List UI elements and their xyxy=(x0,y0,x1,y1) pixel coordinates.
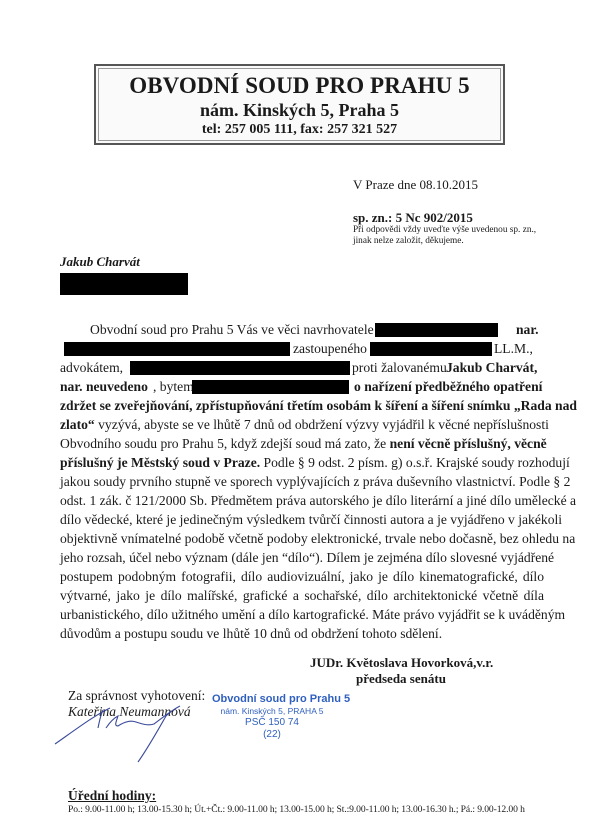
body-text-bold: zlato“ xyxy=(60,417,95,432)
body-line: příslušný je Městský soud v Praze. Podle… xyxy=(60,453,544,473)
redacted-recipient-address xyxy=(60,273,188,295)
handwritten-signature-icon xyxy=(40,700,200,780)
body-text: výtvarné, jako je dílo malířské, grafick… xyxy=(60,586,544,606)
body-text: objektivně vnímatelné podobě včetně podo… xyxy=(60,529,544,549)
redacted-claimant-name xyxy=(375,323,498,337)
body-line: dílo vědecké, které je jedinečným výsled… xyxy=(60,510,544,530)
office-hours-text: Po.: 9.00-11.00 h; 13.00-15.30 h; Út.+Čt… xyxy=(68,804,525,815)
redacted-claimant-details xyxy=(64,342,290,356)
body-line: odst. 1 zák. č 121/2000 Sb. Předmětem pr… xyxy=(60,491,544,511)
judge-name: JUDr. Květoslava Hovorková,v.r. xyxy=(310,655,493,671)
redacted-attorney-address xyxy=(130,361,350,375)
body-text-bold: nar. xyxy=(516,320,539,340)
body-text: důvodům a postupu soudu ve lhůtě 10 dnů … xyxy=(60,624,544,644)
body-text: dílo vědecké, které je jedinečným výsled… xyxy=(60,510,544,530)
body-line: postupem podobným fotografii, dílo audio… xyxy=(60,567,544,587)
court-stamp: Obvodní soud pro Prahu 5 nám. Kinských 5… xyxy=(212,693,332,741)
body-line: jeho rozsah, účel nebo význam (dále jen … xyxy=(60,548,544,568)
body-line: objektivně vnímatelné podobě včetně podo… xyxy=(60,529,544,549)
defendant-name: Jakub Charvát, xyxy=(446,358,537,378)
body-line: důvodům a postupu soudu ve lhůtě 10 dnů … xyxy=(60,624,544,644)
body-text: postupem podobným fotografii, dílo audio… xyxy=(60,567,544,587)
body-text: vyzývá, abyste se ve lhůtě 7 dnů od obdr… xyxy=(95,417,549,432)
body-text: LL.M., xyxy=(494,339,533,359)
case-number: sp. zn.: 5 Nc 902/2015 xyxy=(353,210,473,226)
body-text: urbanistického, dílo užitného umění a dí… xyxy=(60,605,544,625)
stamp-postcode: PSČ 150 74 xyxy=(212,717,332,729)
date-line: V Praze dne 08.10.2015 xyxy=(353,177,478,193)
body-line: výtvarné, jako je dílo malířské, grafick… xyxy=(60,586,544,606)
redacted-defendant-address xyxy=(192,380,349,394)
body-line: zlato“ vyzývá, abyste se ve lhůtě 7 dnů … xyxy=(60,415,544,435)
office-hours-title: Úřední hodiny: xyxy=(68,788,156,804)
body-text-bold: není věcně příslušný, věcně xyxy=(390,436,547,451)
court-name: OBVODNÍ SOUD PRO PRAHU 5 xyxy=(96,73,503,99)
recipient-name: Jakub Charvát xyxy=(60,254,140,270)
body-text-bold: zdržet se zveřejňování, zpřístupňování t… xyxy=(60,396,544,416)
body-line: urbanistického, dílo užitného umění a dí… xyxy=(60,605,544,625)
court-address: nám. Kinských 5, Praha 5 xyxy=(96,99,503,121)
body-line: zdržet se zveřejňování, zpřístupňování t… xyxy=(60,396,544,416)
stamp-address: nám. Kinských 5, PRAHA 5 xyxy=(212,706,332,717)
stamp-number: (22) xyxy=(212,729,332,741)
body-text: odst. 1 zák. č 121/2000 Sb. Předmětem pr… xyxy=(60,491,544,511)
judge-role: předseda senátu xyxy=(356,671,446,687)
body-text: Obvodního soudu pro Prahu 5, když zdejší… xyxy=(60,436,390,451)
redacted-attorney-name xyxy=(370,342,492,356)
body-text: jeho rozsah, účel nebo význam (dále jen … xyxy=(60,548,544,568)
body-text: Podle § 9 odst. 2 písm. g) o.s.ř. Krajsk… xyxy=(260,455,570,470)
court-letterhead: OBVODNÍ SOUD PRO PRAHU 5 nám. Kinských 5… xyxy=(94,64,505,145)
court-contact: tel: 257 005 111, fax: 257 321 527 xyxy=(96,121,503,139)
body-line: jakou soudy prvního stupně ve sporech vy… xyxy=(60,472,544,492)
stamp-title: Obvodní soud pro Prahu 5 xyxy=(212,693,332,706)
case-number-note: Při odpovědi vždy uveďte výše uvedenou s… xyxy=(353,225,553,247)
body-text: proti žalovanému xyxy=(352,358,447,378)
body-text: advokátem, xyxy=(60,358,123,378)
body-text-bold: o nařízení předběžného opatření xyxy=(354,377,542,397)
body-text-bold: příslušný je Městský soud v Praze. xyxy=(60,455,260,470)
body-text: Obvodní soud pro Prahu 5 Vás ve věci nav… xyxy=(90,320,374,340)
body-text: , bytem xyxy=(153,377,194,397)
body-text-bold: nar. neuvedeno xyxy=(60,377,148,397)
body-text: jakou soudy prvního stupně ve sporech vy… xyxy=(60,472,544,492)
body-line: Obvodního soudu pro Prahu 5, když zdejší… xyxy=(60,434,544,454)
body-text: zastoupeného xyxy=(293,339,367,359)
